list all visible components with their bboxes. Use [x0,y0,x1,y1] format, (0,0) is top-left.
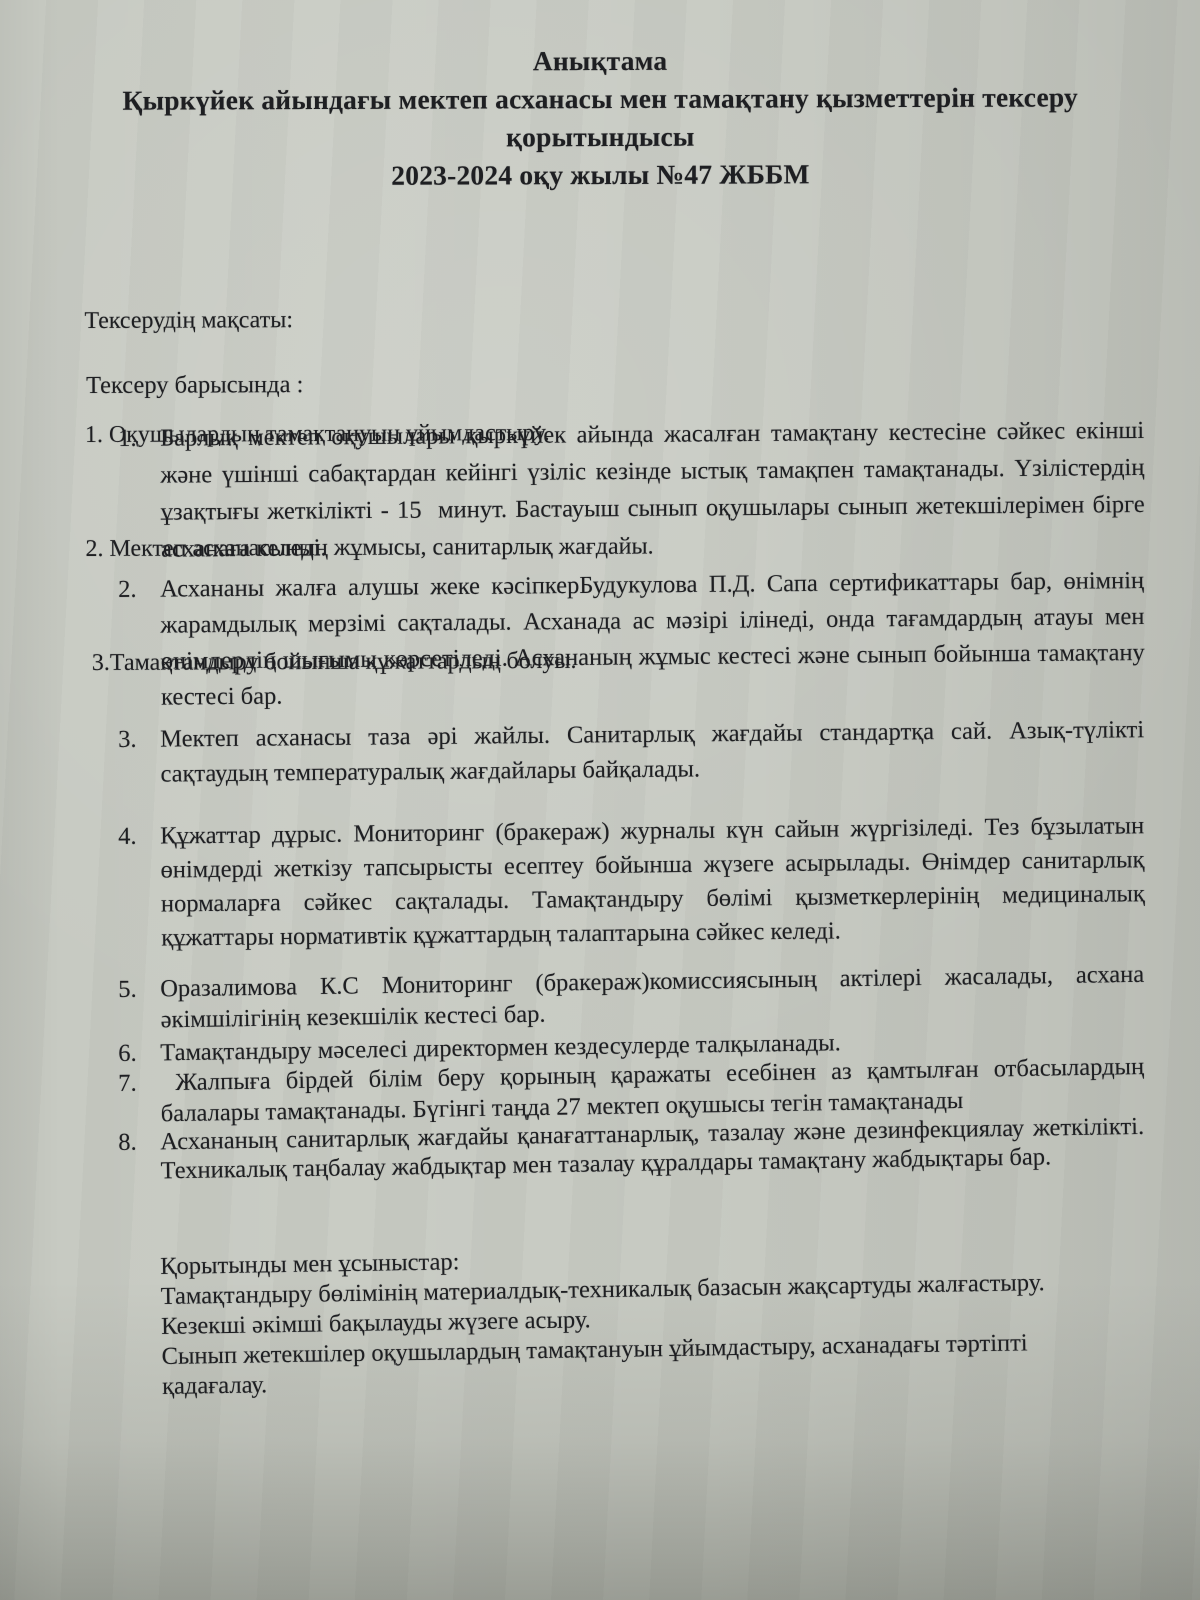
finding-text: Барлық мектеп оқушылары қыркүйек айында … [160,412,1145,568]
finding-text: Мектеп асханасы таза әрі жайлы. Санитарл… [160,712,1145,791]
finding-item-4: 4. Құжаттар дұрыс. Мониторинг (бракераж)… [118,809,1145,956]
title-line-3: қорытындысы [40,116,1160,158]
purpose-heading: Тексерудің мақсаты: [84,298,1110,340]
finding-number: 3. [118,722,161,792]
finding-item-2: 2. Асхананы жалға алушы жеке кәсіпкерБуд… [118,563,1145,716]
title-line-1: Анықтама [40,40,1160,82]
finding-text: Құжаттар дұрыс. Мониторинг (бракераж) жу… [160,809,1145,955]
finding-number: 7. [118,1067,161,1130]
finding-number: 1. [118,420,161,568]
finding-number: 4. [118,820,161,956]
finding-text: Оразалимова К.С Мониторинг (бракераж)ком… [160,959,1145,1036]
process-heading: Тексеру барысында : [86,371,303,400]
finding-item-1: 1. Барлық мектеп оқушылары қыркүйек айын… [118,412,1145,568]
finding-text: Асхананы жалға алушы жеке кәсіпкерБудуку… [160,563,1145,716]
finding-number: 5. [118,973,161,1036]
document-photo: Анықтама Қыркүйек айындағы мектеп асхана… [0,0,1200,1600]
document-title: Анықтама Қыркүйек айындағы мектеп асхана… [40,40,1161,196]
finding-number: 2. [118,572,161,716]
conclusion-section: Қорытынды мен ұсыныстар: Тамақтандыру бө… [160,1237,1124,1402]
finding-number: 6. [118,1037,160,1069]
finding-item-3: 3. Мектеп асханасы таза әрі жайлы. Санит… [118,712,1145,792]
finding-number: 8. [118,1127,161,1186]
title-line-2: Қыркүйек айындағы мектеп асханасы мен та… [40,78,1160,120]
title-line-4: 2023-2024 оқу жылы №47 ЖББМ [40,154,1160,196]
document-sheet: Анықтама Қыркүйек айындағы мектеп асхана… [0,0,1200,1600]
